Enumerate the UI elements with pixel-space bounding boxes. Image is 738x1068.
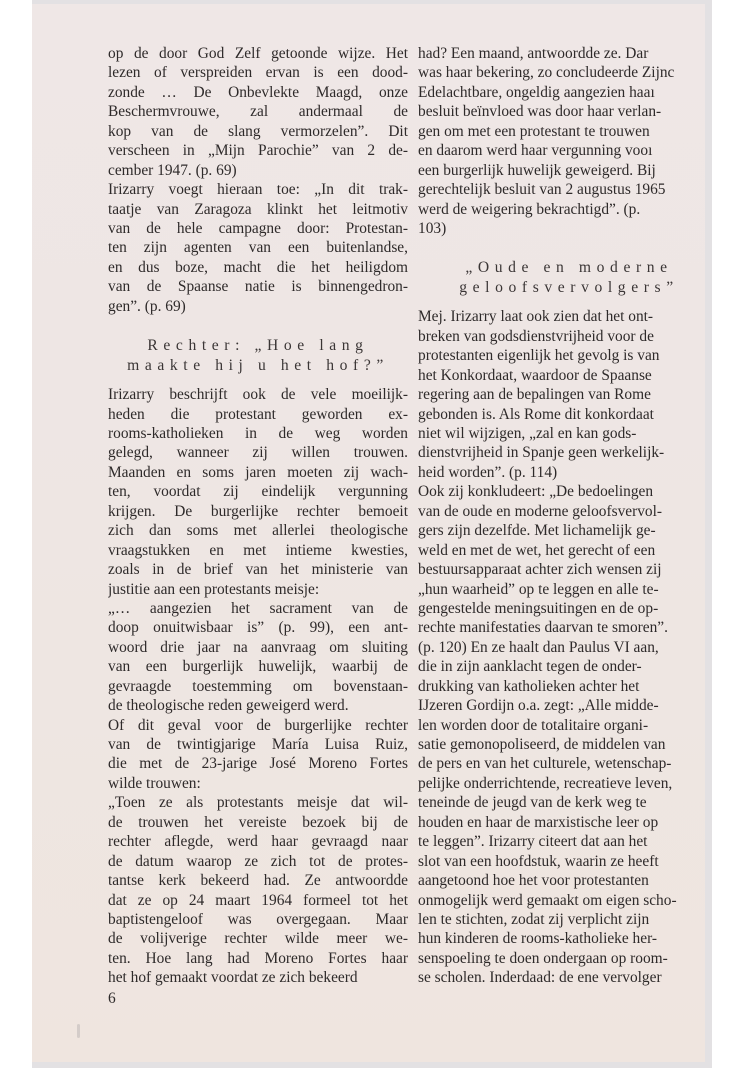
paragraph: Mej. Irizarry laat ook zien dat het ont-… xyxy=(418,307,720,482)
section-heading: „Oude en modernegeloofsvervolgers” xyxy=(418,258,720,297)
text-line: de pers en van het culturele, wetenschap… xyxy=(418,754,720,773)
text-line: doop onuitwisbaar is” (p. 99), een ant- xyxy=(108,618,408,637)
paragraph: Irizarry voegt hieraan toe: „In dit trak… xyxy=(108,180,408,316)
text-line: taatje van Zaragoza klinkt het leitmotiv xyxy=(108,200,408,219)
text-line: de datum waarop ze zich tot de protes- xyxy=(108,852,408,871)
text-line: te leggen”. Irizarry citeert dat aan het xyxy=(418,832,720,851)
text-line: van de oude en moderne geloofsvervol- xyxy=(418,502,720,521)
text-line: protestanten eigenlijk het gevolg is van xyxy=(418,346,720,365)
text-line: ten, voordat zij eindelijk vergunning xyxy=(108,482,408,501)
text-line: een burgerlijk huwelijk geweigerd. Bij xyxy=(418,161,720,180)
paragraph: had? Een maand, antwoordde ze. Darwas ha… xyxy=(418,44,720,238)
text-line: satie gemonopoliseerd, de middelen van xyxy=(418,735,720,754)
text-line: gers zijn dezelfde. Met lichamelijk ge- xyxy=(418,521,720,540)
text-line: dienstvrijheid in Spanje geen werkelijk- xyxy=(418,443,720,462)
text-line: de volijverige rechter wilde meer we- xyxy=(108,929,408,948)
text-line: de trouwen het vereiste bezoek bij de xyxy=(108,813,408,832)
text-line: gebonden is. Als Rome dit konkordaat xyxy=(418,405,720,424)
text-line: gen om met een protestant te trouwen xyxy=(418,122,720,141)
section-heading: Rechter: „Hoe langmaakte hij u het hof?” xyxy=(108,336,408,375)
text-line: van de hele campagne door: Protestan- xyxy=(108,219,408,238)
paragraph: op de door God Zelf getoonde wijze. Hetl… xyxy=(108,44,408,180)
text-line: op de door God Zelf getoonde wijze. Het xyxy=(108,44,408,63)
right-column: had? Een maand, antwoordde ze. Darwas ha… xyxy=(418,44,720,988)
text-line: was haar bekering, zo concludeerde Zijnc xyxy=(418,63,720,82)
paragraph: „… aangezien het sacrament van dedoop on… xyxy=(108,599,408,716)
text-line: zich dan soms met allerlei theologische xyxy=(108,521,408,540)
heading-line: Rechter: „Hoe lang xyxy=(108,336,408,356)
text-line: Irizarry beschrijft ook de vele moeilijk… xyxy=(108,385,408,404)
text-line: regering aan de bepalingen van Rome xyxy=(418,385,720,404)
document-page: op de door God Zelf getoonde wijze. Hetl… xyxy=(32,4,705,1062)
text-line: lezen of verspreiden ervan is een dood- xyxy=(108,63,408,82)
text-line: teneinde de jeugd van de kerk weg te xyxy=(418,793,720,812)
heading-line: „Oude en moderne xyxy=(418,258,720,278)
text-line: hun kinderen de rooms-katholieke her- xyxy=(418,929,720,948)
text-line: len te stichten, zodat zij verplicht zij… xyxy=(418,910,720,929)
paragraph: Ook zij konkludeert: „De bedoelingenvan … xyxy=(418,482,720,987)
text-line: van de Spaanse natie is binnengedron- xyxy=(108,277,408,296)
paragraph: Of dit geval voor de burgerlijke rechter… xyxy=(108,716,408,794)
text-line: die in zijn aanklacht tegen de onder- xyxy=(418,657,720,676)
text-line: gelegd, wanneer zij willen trouwen. xyxy=(108,443,408,462)
text-line: tantse kerk bekeerd had. Ze antwoordde xyxy=(108,871,408,890)
text-line: se scholen. Inderdaad: de ene vervolger xyxy=(418,968,720,987)
text-line: weld en met de wet, het gerecht of een xyxy=(418,541,720,560)
text-line: Beschermvrouwe, zal andermaal de xyxy=(108,102,408,121)
text-line: en daarom werd haar vergunning vooı xyxy=(418,141,720,160)
text-line: pelijke onderrichtende, recreatieve leve… xyxy=(418,774,720,793)
text-line: ten zijn agenten van een buitenlandse, xyxy=(108,238,408,257)
text-line: cember 1947. (p. 69) xyxy=(108,161,408,180)
text-line: niet wil wijzigen, „zal en kan gods- xyxy=(418,424,720,443)
paragraph: „Toen ze als protestants meisje dat wil-… xyxy=(108,793,408,987)
text-line: besluit beïnvloed was door haar verlan- xyxy=(418,102,720,121)
text-line: drukking van katholieken achter het xyxy=(418,677,720,696)
text-line: zonde … De Onbevlekte Maagd, onze xyxy=(108,83,408,102)
text-line: Ook zij konkludeert: „De bedoelingen xyxy=(418,482,720,501)
text-line: vraagstukken en met intieme kwesties, xyxy=(108,541,408,560)
left-column: op de door God Zelf getoonde wijze. Hetl… xyxy=(108,44,408,988)
page-number: 6 xyxy=(108,990,116,1008)
text-line: kop van de slang vermorzelen”. Dit xyxy=(108,122,408,141)
text-line: „hun waarheid” op te leggen en alle te- xyxy=(418,580,720,599)
text-line: van de twintigjarige María Luisa Ruiz, xyxy=(108,735,408,754)
text-line: gevraagde toestemming om bovenstaan- xyxy=(108,677,408,696)
text-line: aangetoond hoe het voor protestanten xyxy=(418,871,720,890)
text-line: Of dit geval voor de burgerlijke rechter xyxy=(108,716,408,735)
text-line: en dus boze, macht die het heiligdom xyxy=(108,258,408,277)
text-line: (p. 120) En ze haalt dan Paulus VI aan, xyxy=(418,638,720,657)
text-line: Irizarry voegt hieraan toe: „In dit trak… xyxy=(108,180,408,199)
text-line: dat ze op 24 maart 1964 formeel tot het xyxy=(108,891,408,910)
text-line: Maanden en soms jaren moeten zij wach- xyxy=(108,463,408,482)
text-line: gen”. (p. 69) xyxy=(108,297,408,316)
text-line: gerechtelijk besluit van 2 augustus 1965 xyxy=(418,180,720,199)
text-line: „Toen ze als protestants meisje dat wil- xyxy=(108,793,408,812)
text-line: verscheen in „Mijn Parochie” van 2 de- xyxy=(108,141,408,160)
text-line: van een burgerlijk huwelijk, waarbij de xyxy=(108,657,408,676)
text-line: Mej. Irizarry laat ook zien dat het ont- xyxy=(418,307,720,326)
text-line: rechte manifestaties daarvan te smoren”. xyxy=(418,618,720,637)
text-line: houden en haar de marxistische leer op xyxy=(418,813,720,832)
text-line: had? Een maand, antwoordde ze. Dar xyxy=(418,44,720,63)
text-line: baptistengeloof was overgegaan. Maar xyxy=(108,910,408,929)
text-line: senspoeling te doen ondergaan op room- xyxy=(418,949,720,968)
text-line: zoals in de brief van het ministerie van xyxy=(108,560,408,579)
text-line: het hof gemaakt voordat ze zich bekeerd xyxy=(108,968,408,987)
text-line: ten. Hoe lang had Moreno Fortes haar xyxy=(108,949,408,968)
text-line: rooms-katholieken in de weg worden xyxy=(108,424,408,443)
heading-line: maakte hij u het hof?” xyxy=(108,356,408,376)
text-line: woord drie jaar na aanvraag om sluiting xyxy=(108,638,408,657)
text-line: IJzeren Gordijn o.a. zegt: „Alle midde- xyxy=(418,696,720,715)
text-line: werd de weigering bekrachtigd”. (p. xyxy=(418,200,720,219)
text-line: len worden door de totalitaire organi- xyxy=(418,716,720,735)
text-line: Edelachtbare, ongeldig aangezien haaı xyxy=(418,83,720,102)
text-line: heden die protestant geworden ex- xyxy=(108,405,408,424)
text-line: rechter aflegde, werd haar gevraagd naar xyxy=(108,832,408,851)
text-line: 103) xyxy=(418,219,720,238)
text-line: „… aangezien het sacrament van de xyxy=(108,599,408,618)
scan-smudge xyxy=(77,1024,80,1038)
text-line: die met de 23-jarige José Moreno Fortes xyxy=(108,754,408,773)
text-line: breken van godsdienstvrijheid voor de xyxy=(418,327,720,346)
text-line: onmogelijk werd gemaakt om eigen scho- xyxy=(418,891,720,910)
text-line: heid worden”. (p. 114) xyxy=(418,463,720,482)
text-line: de theologische reden geweigerd werd. xyxy=(108,696,408,715)
text-line: justitie aan een protestants meisje: xyxy=(108,580,408,599)
text-line: gengestelde meningsuitingen en de op- xyxy=(418,599,720,618)
text-line: krijgen. De burgerlijke rechter bemoeit xyxy=(108,502,408,521)
text-line: wilde trouwen: xyxy=(108,774,408,793)
text-line: slot van een hoofdstuk, waarin ze heeft xyxy=(418,852,720,871)
text-line: het Konkordaat, waardoor de Spaanse xyxy=(418,366,720,385)
paragraph: Irizarry beschrijft ook de vele moeilijk… xyxy=(108,385,408,599)
text-line: bestuursapparaat achter zich wensen zij xyxy=(418,560,720,579)
heading-line: geloofsvervolgers” xyxy=(418,278,720,298)
